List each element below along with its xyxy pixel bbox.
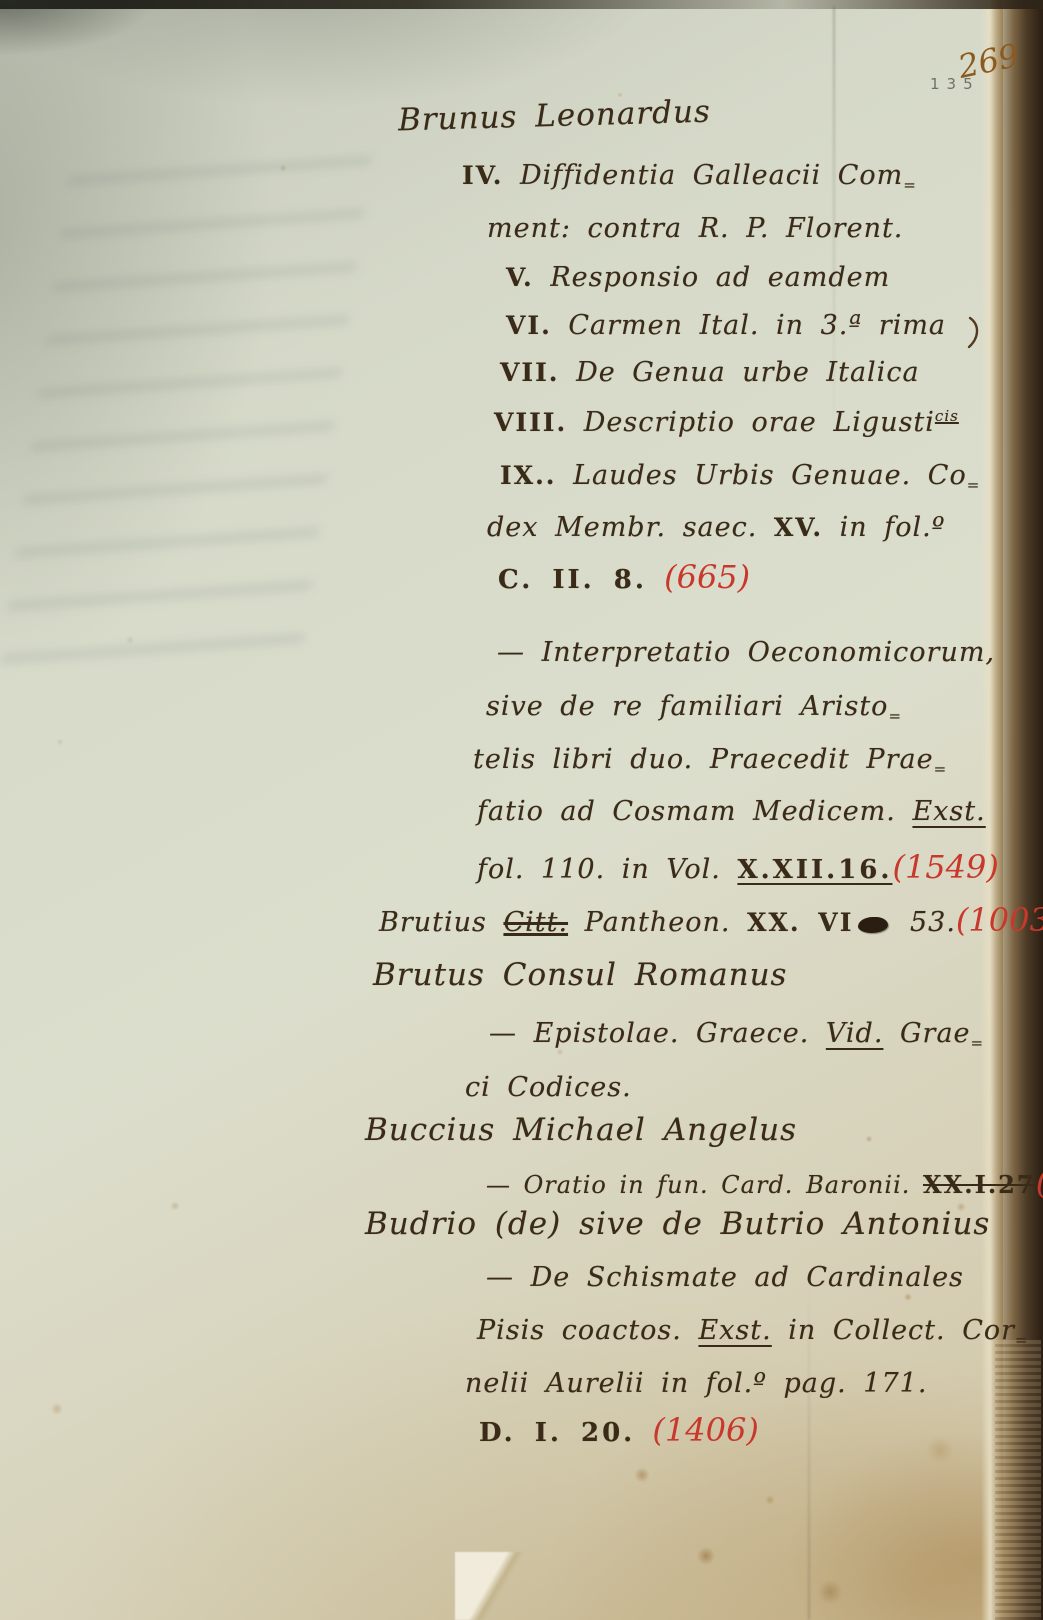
volume-numeral: XX. VI <box>747 908 853 937</box>
line-text: Pantheon. <box>568 907 747 938</box>
manuscript-line-item-ix: IX.. Laudes Urbis Genuae. Co= <box>500 460 979 494</box>
crossed-out-shelfmark: XX.I.27 <box>923 1170 1036 1199</box>
manuscript-line-volume-ref: fol. 110. in Vol. X.XII.16.(1549) <box>477 848 999 886</box>
line-text: 53. <box>893 907 956 938</box>
line-text: — De Schismate ad Cardinales <box>486 1262 964 1293</box>
line-text: De Genua urbe Italica <box>560 357 920 388</box>
continuation-mark: = <box>971 1034 984 1052</box>
line-text: — Interpretatio Oeconomicorum, <box>497 637 995 668</box>
continuation-mark: = <box>934 760 947 778</box>
manuscript-line-item-iv-cont: ment: contra R. P. Florent. <box>487 213 903 244</box>
marginal-pen-mark <box>964 316 986 350</box>
manuscript-page: 135 269 Brunus Leonardus IV. Diffidentia… <box>0 0 1043 1620</box>
manuscript-line-oratio: — Oratio in fun. Card. Baronii. XX.I.27(… <box>486 1163 1043 1201</box>
manuscript-line: ci Codices. <box>465 1072 632 1103</box>
heading-text: Budrio (de) sive de Butrio Antonius <box>365 1206 990 1242</box>
roman-numeral: IV. <box>462 161 503 190</box>
manuscript-line-item-vi: VI. Carmen Ital. in 3.ª rima <box>506 310 946 341</box>
roman-numeral: V. <box>506 263 534 292</box>
manuscript-line: fatio ad Cosmam Medicem. Exst. <box>477 796 986 827</box>
line-text: nelii Aurelii in fol.º pag. 171. <box>465 1368 927 1399</box>
line-text: Pisis coactos. <box>477 1315 698 1346</box>
manuscript-line-item-viii: VIII. Descriptio orae Ligusticis <box>494 407 959 438</box>
red-catalog-number: (1003) <box>956 901 1043 939</box>
entry-line-brutius: Brutius Citt. Pantheon. XX. VI 53.(1003) <box>379 901 1043 939</box>
continuation-mark: = <box>967 476 980 494</box>
line-text: — Epistolae. Graece. <box>489 1018 826 1049</box>
red-catalog-number: (2115) <box>1036 1163 1043 1201</box>
manuscript-line: Pisis coactos. Exst. in Collect. Cor= <box>477 1315 1028 1349</box>
heading-text: Brutus Consul Romanus <box>373 957 787 993</box>
line-text: in fol.º <box>823 512 945 543</box>
line-text: Diffidentia Galleacii Com <box>503 160 903 191</box>
crossed-out-word: Citt. <box>503 907 568 938</box>
line-text: fatio ad Cosmam Medicem. <box>477 796 912 827</box>
red-catalog-number: (1549) <box>892 848 998 886</box>
volume-shelfmark: X.XII.16. <box>737 855 892 885</box>
shelfmark-line: D. I. 20. (1406) <box>479 1411 759 1449</box>
shelfmark-line: C. II. 8. (665) <box>498 558 750 596</box>
underlined-word: Exst. <box>698 1315 771 1346</box>
line-text: sive de re familiari Aristo <box>486 691 888 722</box>
line-text: ment: contra R. P. Florent. <box>487 213 903 244</box>
continuation-mark: = <box>888 707 901 725</box>
entry-heading-brunus-leonardus: Brunus Leonardus <box>398 94 712 139</box>
entry-heading-brutus-consul: Brutus Consul Romanus <box>373 957 787 993</box>
line-text: Carmen Ital. in 3.ª rima <box>552 310 946 341</box>
line-text: ci Codices. <box>465 1072 632 1103</box>
roman-numeral: VII. <box>500 358 560 387</box>
heading-text: Brunus Leonardus <box>398 94 712 139</box>
shelfmark: D. I. 20. <box>479 1418 635 1448</box>
manuscript-line: nelii Aurelii in fol.º pag. 171. <box>465 1368 927 1399</box>
continuation-mark: = <box>1015 1331 1028 1349</box>
line-text: Grae <box>883 1018 970 1049</box>
line-text: dex Membr. saec. <box>487 512 774 543</box>
page-corner-fold <box>455 1552 540 1620</box>
roman-numeral: IX.. <box>500 461 557 490</box>
page-stack-edge <box>995 1340 1041 1620</box>
manuscript-line: telis libri duo. Praecedit Prae= <box>473 744 946 778</box>
roman-numeral: VIII. <box>494 408 567 437</box>
roman-numeral: VI. <box>506 311 552 340</box>
roman-numeral: XV. <box>774 513 823 542</box>
underlined-word: Exst. <box>912 796 985 827</box>
page-curl-topleft <box>0 0 220 90</box>
ink-blot <box>858 917 888 933</box>
manuscript-line-epistolae: — Epistolae. Graece. Vid. Grae= <box>489 1018 983 1052</box>
line-text: Descriptio orae Ligusti <box>567 407 935 438</box>
line-text: — Oratio in fun. Card. Baronii. <box>486 1171 923 1199</box>
manuscript-line-item-iv: IV. Diffidentia Galleacii Com= <box>462 160 916 194</box>
red-catalog-number: (1406) <box>635 1411 759 1449</box>
red-catalog-number: (665) <box>647 558 750 596</box>
manuscript-line-interpretatio: — Interpretatio Oeconomicorum, <box>497 637 995 668</box>
line-text: telis libri duo. Praecedit Prae <box>473 744 934 775</box>
manuscript-line-item-v: V. Responsio ad eamdem <box>506 262 890 293</box>
superscript-abbreviation: cis <box>935 407 959 425</box>
line-text: Responsio ad eamdem <box>534 262 891 293</box>
shelfmark: C. II. 8. <box>498 565 647 595</box>
manuscript-line: sive de re familiari Aristo= <box>486 691 901 725</box>
heading-text: Buccius Michael Angelus <box>365 1112 797 1148</box>
manuscript-line-item-vii: VII. De Genua urbe Italica <box>500 357 920 388</box>
manuscript-line-item-ix-cont: dex Membr. saec. XV. in fol.º <box>487 512 945 543</box>
underlined-word: Vid. <box>826 1018 884 1049</box>
continuation-mark: = <box>903 176 916 194</box>
entry-heading-buccius: Buccius Michael Angelus <box>365 1112 797 1148</box>
line-text: Laudes Urbis Genuae. Co <box>557 460 967 491</box>
entry-heading-budrio: Budrio (de) sive de Butrio Antonius <box>365 1206 990 1242</box>
line-text: in Collect. Cor <box>772 1315 1015 1346</box>
manuscript-line-de-schismate: — De Schismate ad Cardinales <box>486 1262 964 1293</box>
line-text: Brutius <box>379 907 503 938</box>
line-text: fol. 110. in Vol. <box>477 854 737 885</box>
verso-showthrough <box>0 150 373 670</box>
